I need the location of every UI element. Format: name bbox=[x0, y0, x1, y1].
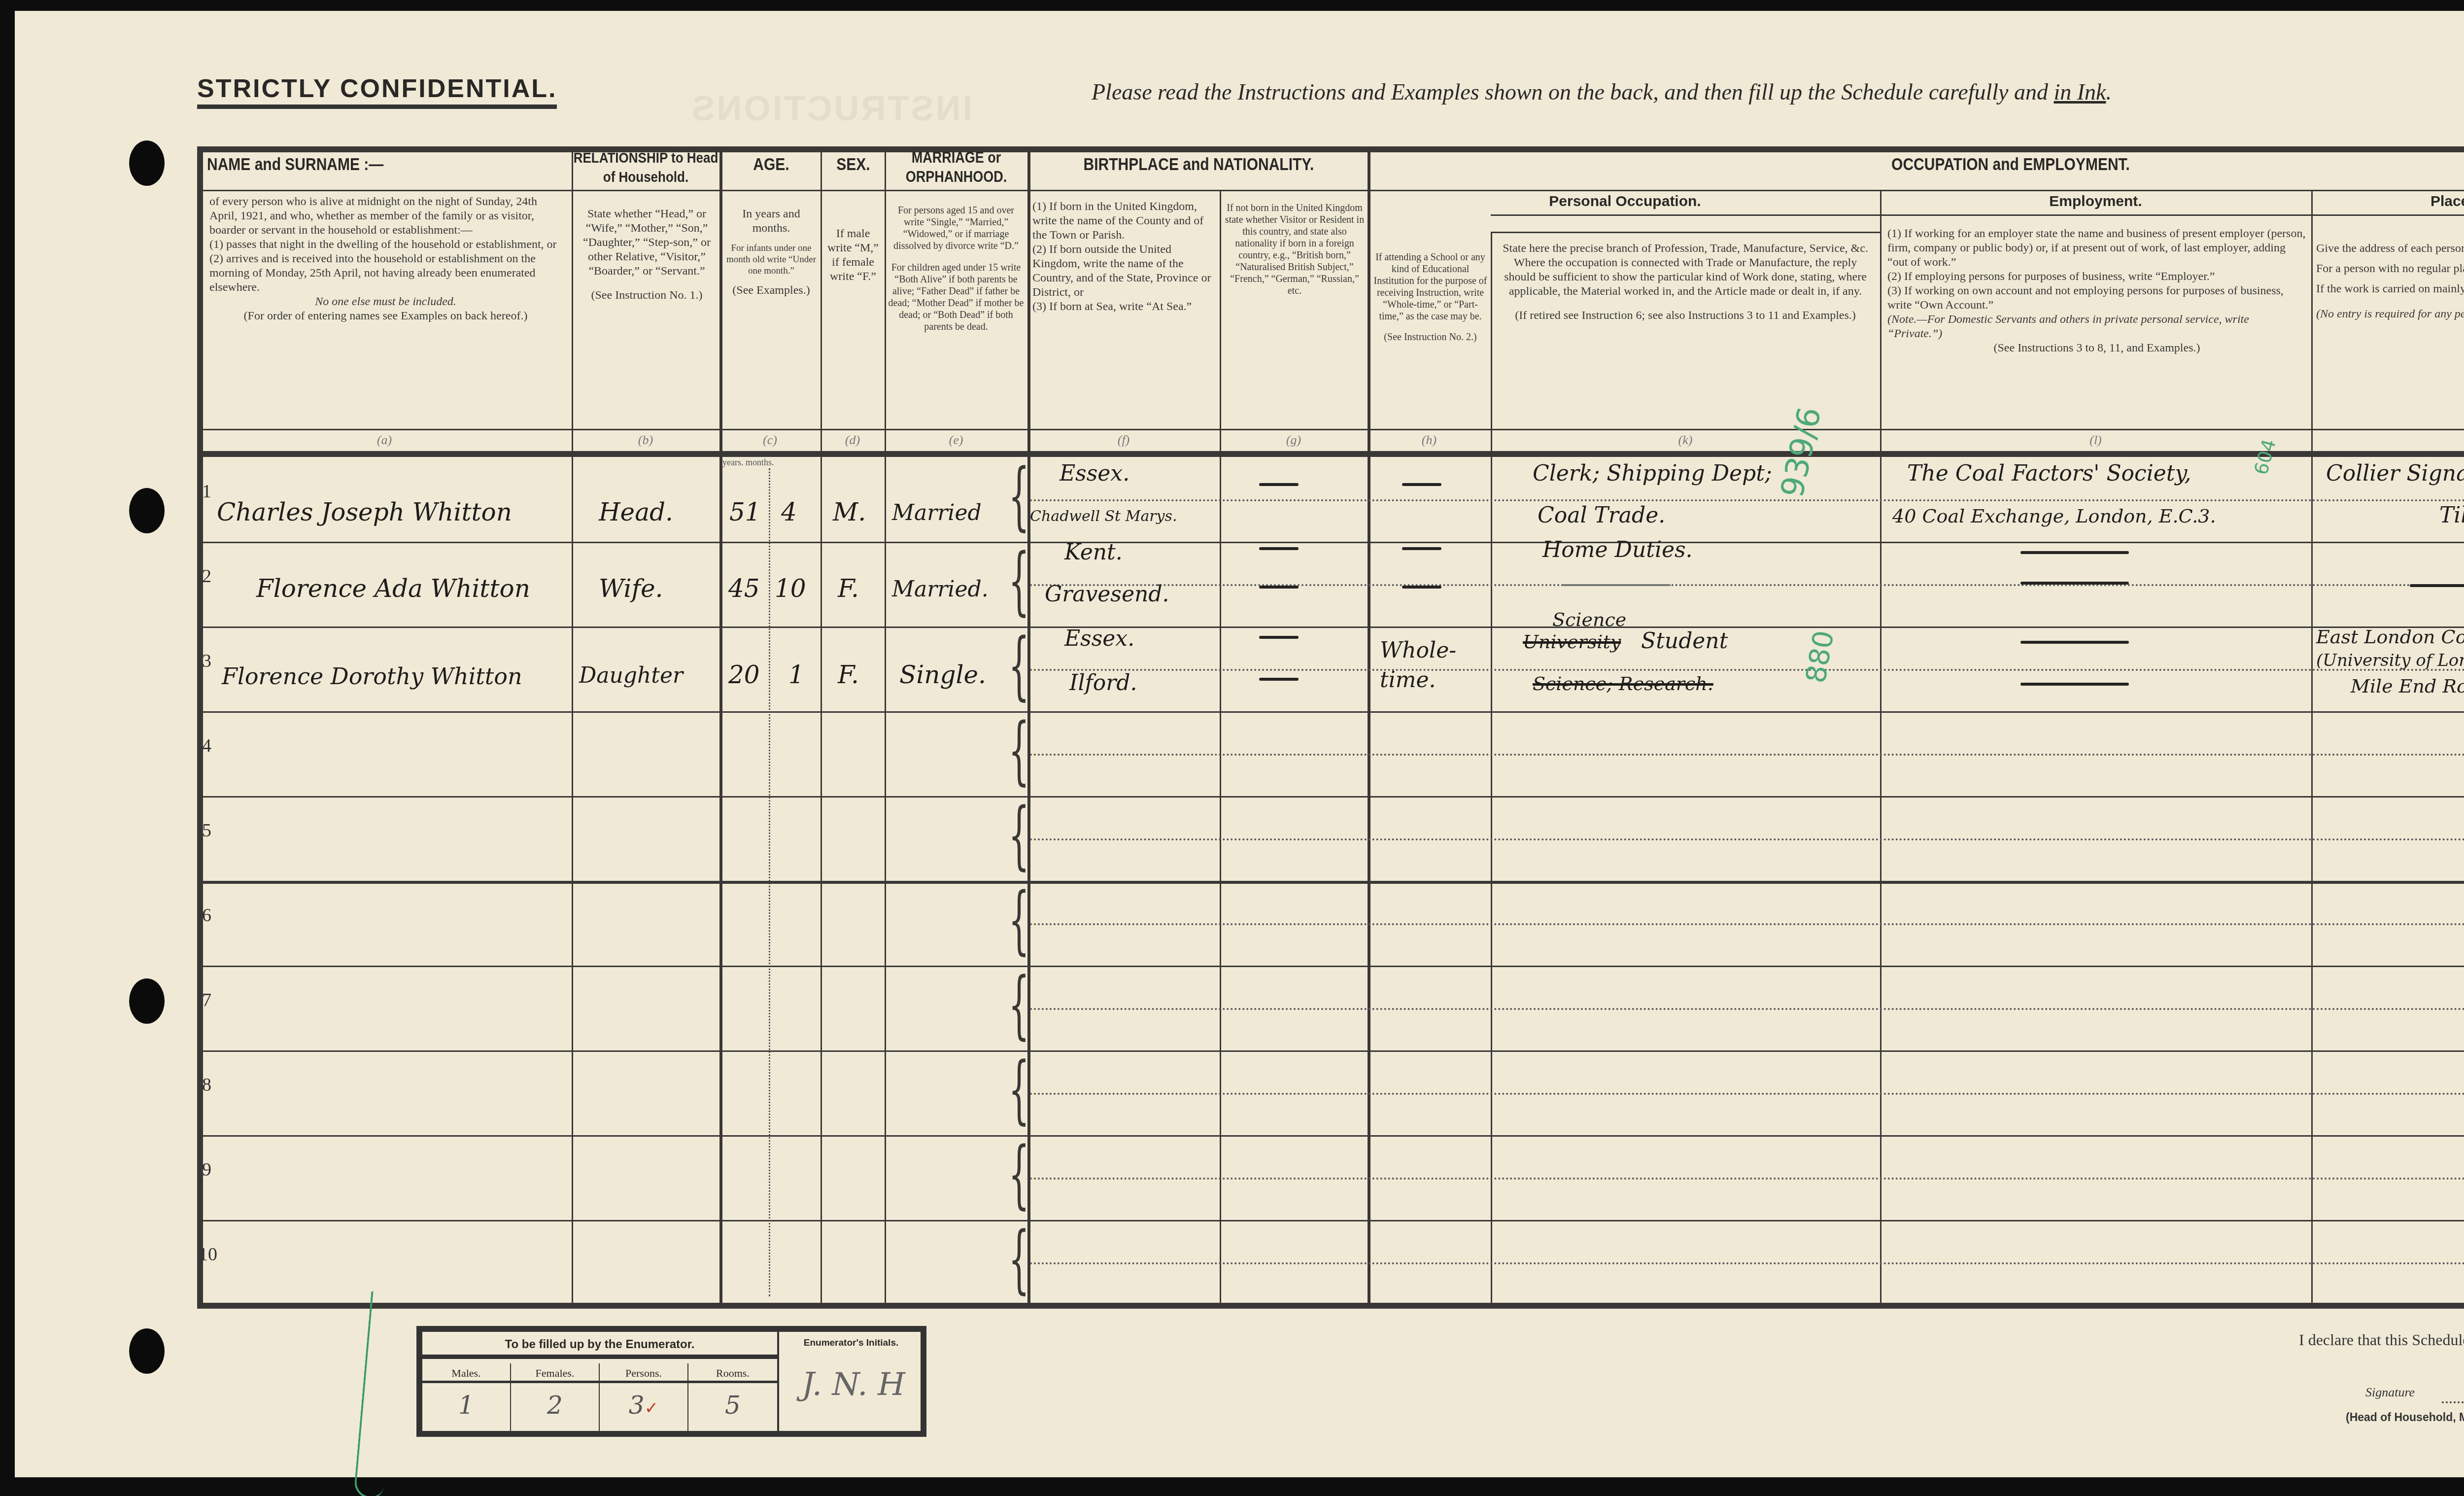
header-birthplace: BIRTHPLACE and NATIONALITY. bbox=[1030, 155, 1368, 174]
person-employer-line2[interactable]: 40 Coal Exchange, London, E.C.3. bbox=[1892, 505, 2216, 527]
person-name[interactable]: Florence Ada Whitton bbox=[256, 574, 530, 603]
persons-label: Persons. bbox=[600, 1363, 687, 1383]
instr-employment-note-2: (See Instructions 3 to 8, 11, and Exampl… bbox=[1887, 341, 2306, 355]
signature-line bbox=[2442, 1401, 2464, 1403]
instr-place-of-work: Give the address of each person's place … bbox=[2316, 242, 2464, 321]
instr-age-note: (See Examples.) bbox=[724, 283, 818, 298]
row-mid-dotted bbox=[1030, 1093, 2464, 1095]
subheader-employment: Employment. bbox=[1880, 193, 2311, 210]
person-workplace-line1[interactable]: East London College, bbox=[2316, 626, 2464, 648]
enumerator-summary-box: To be filled up by the Enumerator. Enume… bbox=[416, 1326, 926, 1437]
instr-birthplace: (1) If born in the United Kingdom, write… bbox=[1032, 200, 1217, 314]
row-separator bbox=[202, 626, 2464, 628]
instr-workplace-1: Give the address of each person's place … bbox=[2316, 242, 2464, 256]
enumerator-initials-header: Enumerator's Initials. bbox=[780, 1338, 923, 1349]
person-workplace-line1[interactable]: Collier Signal Station, bbox=[2326, 461, 2464, 486]
person-age-years[interactable]: 45 bbox=[728, 574, 760, 603]
years-label: years. bbox=[722, 457, 743, 467]
instr-occupation-note: (If retired see Instruction 6; see also … bbox=[1498, 309, 1873, 323]
schooling-dash bbox=[1402, 483, 1441, 486]
person-relationship[interactable]: Head. bbox=[599, 498, 673, 526]
row-number: 5 bbox=[202, 820, 211, 841]
red-tick: ✓ bbox=[645, 1398, 659, 1418]
nationality-dash bbox=[1259, 586, 1299, 589]
person-age-years[interactable]: 20 bbox=[728, 661, 760, 689]
instr-schooling-note: (See Instruction No. 2.) bbox=[1372, 331, 1488, 343]
row-number: 9 bbox=[202, 1159, 211, 1181]
age-years-months-label: years. months. bbox=[722, 457, 774, 468]
instr-age-text: In years and months. bbox=[724, 207, 818, 236]
col-divider-d-e bbox=[885, 146, 886, 1309]
row-number: 10 bbox=[199, 1244, 217, 1265]
strictly-confidential-heading: STRICTLY CONFIDENTIAL. bbox=[197, 74, 557, 109]
row-number: 1 bbox=[202, 481, 211, 502]
row-number: 6 bbox=[202, 905, 211, 926]
workplace-dash bbox=[2410, 584, 2464, 587]
females-label: Females. bbox=[511, 1363, 599, 1383]
col-divider-b-c bbox=[719, 146, 722, 1309]
row-brace-icon: { bbox=[1008, 883, 1029, 957]
instr-occupation-text: State here the precise branch of Profess… bbox=[1498, 242, 1873, 299]
instruction-line: Please read the Instructions and Example… bbox=[1092, 79, 2112, 105]
in-ink-text: in Ink bbox=[2053, 79, 2106, 104]
row-separator bbox=[202, 1050, 2464, 1052]
instr-name-3: No one else must be included. bbox=[209, 295, 562, 309]
instruction-period: . bbox=[2106, 79, 2112, 104]
signature-note: (Head of Household, Manager of Establish… bbox=[2346, 1411, 2464, 1424]
row-mid-dotted bbox=[1030, 1262, 2464, 1264]
row-separator bbox=[202, 796, 2464, 798]
person-age-months[interactable]: 10 bbox=[775, 574, 806, 603]
header-bottom-rule bbox=[202, 451, 2464, 457]
header-relationship: RELATIONSHIP to Head of Household. bbox=[573, 148, 719, 186]
column-letter-f: (f) bbox=[1027, 433, 1220, 448]
instr-employment-3: (3) If working on own account and not em… bbox=[1887, 284, 2306, 313]
females-value[interactable]: 2 bbox=[511, 1383, 599, 1427]
person-marriage[interactable]: Single. bbox=[899, 661, 986, 689]
column-letter-l: (l) bbox=[1880, 433, 2311, 448]
employer-dash bbox=[2020, 683, 2129, 686]
enumerator-box-header: To be filled up by the Enumerator. bbox=[422, 1332, 777, 1359]
column-letter-m: (m) bbox=[2311, 433, 2464, 448]
person-sex[interactable]: F. bbox=[838, 574, 859, 603]
row-brace-icon: { bbox=[1008, 629, 1029, 703]
schooling-dash bbox=[1402, 586, 1441, 589]
row-brace-icon: { bbox=[1008, 1138, 1029, 1212]
person-age-months[interactable]: 1 bbox=[788, 661, 804, 689]
person-name[interactable]: Charles Joseph Whitton bbox=[217, 498, 512, 526]
row-separator bbox=[202, 1220, 2464, 1221]
punch-hole-3 bbox=[129, 978, 165, 1024]
instr-age-infants: For infants under one month old write “U… bbox=[724, 243, 818, 277]
col-divider-g-h bbox=[1368, 146, 1370, 1309]
row-separator bbox=[202, 1135, 2464, 1137]
subheader-place-of-work: Place of Work. bbox=[2311, 193, 2464, 210]
row-mid-dotted bbox=[1030, 754, 2464, 756]
person-occupation-line1[interactable]: Clerk; Shipping Dept; bbox=[1533, 461, 1772, 486]
person-age-years[interactable]: 51 bbox=[729, 498, 761, 526]
employer-dash bbox=[2020, 551, 2129, 554]
person-employer-line1[interactable]: The Coal Factors' Society, bbox=[1907, 461, 2191, 486]
header-rule bbox=[1491, 232, 1880, 233]
person-workplace-line2[interactable]: Tilbury. Essex. bbox=[2439, 503, 2464, 528]
row-number: 4 bbox=[202, 735, 211, 757]
row-brace-icon: { bbox=[1008, 544, 1029, 618]
punch-hole-4 bbox=[129, 1328, 165, 1374]
row-mid-dotted bbox=[1030, 923, 2464, 925]
instr-name-column: of every person who is alive at midnight… bbox=[209, 195, 562, 323]
rooms-cell[interactable]: Rooms. 5 bbox=[688, 1363, 777, 1431]
males-value[interactable]: 1 bbox=[422, 1383, 510, 1427]
person-birth-town[interactable]: Chadwell St Marys. bbox=[1030, 508, 1177, 525]
nationality-dash bbox=[1259, 636, 1299, 639]
person-birth-county[interactable]: Essex. bbox=[1064, 626, 1134, 651]
col-divider-l-m bbox=[2311, 190, 2313, 1309]
col-divider-f-g bbox=[1220, 190, 1221, 1309]
nationality-dash bbox=[1259, 547, 1299, 550]
schooling-dash bbox=[1402, 547, 1441, 550]
nationality-dash bbox=[1259, 678, 1299, 681]
header-marriage: MARRIAGE or ORPHANHOOD. bbox=[886, 148, 1027, 186]
col-divider-a-b bbox=[572, 146, 573, 1309]
person-sex[interactable]: M. bbox=[833, 498, 866, 526]
instr-employment: (1) If working for an employer state the… bbox=[1887, 227, 2306, 355]
persons-value[interactable]: 3✓ bbox=[600, 1383, 687, 1430]
instr-marriage-adults: For persons aged 15 and over write “Sing… bbox=[887, 205, 1025, 252]
person-occupation-line1[interactable]: Home Duties. bbox=[1542, 537, 1693, 562]
person-schooling[interactable]: Whole-time. bbox=[1380, 636, 1469, 695]
header-occupation: OCCUPATION and EMPLOYMENT. bbox=[1370, 155, 2464, 174]
row-separator bbox=[202, 711, 2464, 713]
person-age-months[interactable]: 4 bbox=[781, 498, 797, 526]
instr-birthplace-2: (2) If born outside the United Kingdom, … bbox=[1032, 243, 1217, 300]
instr-relationship-text: State whether “Head,” or “Wife,” “Mother… bbox=[577, 207, 717, 278]
instr-relationship: State whether “Head,” or “Wife,” “Mother… bbox=[577, 207, 717, 303]
person-sex[interactable]: F. bbox=[838, 661, 859, 689]
row-number: 8 bbox=[202, 1074, 211, 1096]
occupation-struck-line: Science; Research. bbox=[1533, 673, 1713, 695]
instr-employment-note-1: (Note.—For Domestic Servants and others … bbox=[1887, 313, 2306, 341]
persons-cell[interactable]: Persons. 3✓ bbox=[600, 1363, 688, 1431]
row-mid-dotted bbox=[1030, 1178, 2464, 1180]
col-divider-k-l bbox=[1880, 190, 1882, 1309]
instr-birthplace-1: (1) If born in the United Kingdom, write… bbox=[1032, 200, 1217, 243]
instr-name-1: (1) passes that night in the dwelling of… bbox=[209, 238, 562, 252]
instr-workplace-3: If the work is carried on mainly at home… bbox=[2316, 282, 2464, 296]
row-number: 2 bbox=[202, 565, 211, 587]
column-letter-d: (d) bbox=[821, 433, 885, 448]
instr-employment-2: (2) If employing persons for purposes of… bbox=[1887, 270, 2306, 284]
row-brace-icon: { bbox=[1008, 1222, 1029, 1296]
person-workplace-line3[interactable]: Mile End Road. E. bbox=[2351, 675, 2464, 697]
column-letter-c: (c) bbox=[719, 433, 821, 448]
instr-age: In years and months. For infants under o… bbox=[724, 207, 818, 298]
persons-number: 3 bbox=[629, 1391, 645, 1420]
column-letter-h: (h) bbox=[1368, 433, 1491, 448]
instr-birthplace-3: (3) If born at Sea, write “At Sea.” bbox=[1032, 300, 1217, 314]
row-separator bbox=[202, 881, 2464, 884]
enumerator-box-divider bbox=[777, 1332, 779, 1431]
col-divider-c-d bbox=[821, 146, 822, 1309]
males-label: Males. bbox=[422, 1363, 510, 1383]
subheader-personal-occupation: Personal Occupation. bbox=[1370, 193, 1880, 210]
row-brace-icon: { bbox=[1008, 459, 1029, 533]
females-cell[interactable]: Females. 2 bbox=[511, 1363, 600, 1431]
col-divider-h-k bbox=[1491, 232, 1492, 1309]
instr-nationality: If not born in the United Kingdom state … bbox=[1223, 202, 1366, 297]
instr-relationship-note: (See Instruction No. 1.) bbox=[577, 288, 717, 303]
row-brace-icon: { bbox=[1008, 968, 1029, 1042]
rooms-value[interactable]: 5 bbox=[688, 1383, 777, 1427]
row-number: 7 bbox=[202, 989, 211, 1011]
signature-label: Signature bbox=[2365, 1385, 2415, 1400]
row-brace-icon: { bbox=[1008, 1053, 1029, 1127]
person-birth-town[interactable]: Ilford. bbox=[1069, 670, 1137, 696]
instr-name-intro: of every person who is alive at midnight… bbox=[209, 195, 562, 238]
header-rule bbox=[202, 190, 2464, 191]
instr-marriage: For persons aged 15 and over write “Sing… bbox=[887, 205, 1025, 333]
header-rule bbox=[1491, 214, 2464, 216]
person-marriage[interactable]: Married. bbox=[892, 577, 989, 602]
row-separator bbox=[202, 966, 2464, 967]
show-through-text: INSTRUCTIONS bbox=[690, 89, 972, 128]
header-sex: SEX. bbox=[822, 155, 885, 174]
employer-dash bbox=[2020, 641, 2129, 644]
column-letter-e: (e) bbox=[885, 433, 1027, 448]
row-mid-dotted bbox=[1030, 838, 2464, 840]
header-rule bbox=[202, 429, 2464, 430]
row-mid-dotted bbox=[1030, 669, 2464, 671]
instr-marriage-children: For children aged under 15 write “Both A… bbox=[887, 262, 1025, 333]
punch-hole-1 bbox=[129, 140, 165, 186]
nationality-dash bbox=[1259, 483, 1299, 486]
row-brace-icon: { bbox=[1008, 799, 1029, 872]
occupation-insert[interactable]: Science bbox=[1552, 609, 1626, 630]
instr-schooling: If attending a School or any kind of Edu… bbox=[1372, 251, 1488, 343]
column-letter-a: (a) bbox=[197, 433, 572, 448]
row-separator bbox=[202, 542, 2464, 543]
occupation-struck-word: University bbox=[1523, 631, 1621, 653]
instr-name-2: (2) arrives and is received into the hou… bbox=[209, 252, 562, 295]
person-workplace-line2[interactable]: (University of London) bbox=[2316, 651, 2464, 670]
person-birth-town[interactable]: Gravesend. bbox=[1045, 582, 1169, 607]
declaration-text: I declare that this Schedule is correctl… bbox=[2299, 1331, 2464, 1349]
instr-workplace-2: For a person with no regular place of wo… bbox=[2316, 262, 2464, 276]
person-name[interactable]: Florence Dorothy Whitton bbox=[222, 663, 522, 690]
person-birth-county[interactable]: Kent. bbox=[1064, 540, 1123, 565]
instr-schooling-text: If attending a School or any kind of Edu… bbox=[1372, 251, 1488, 322]
person-relationship[interactable]: Wife. bbox=[599, 574, 663, 603]
instruction-text: Please read the Instructions and Example… bbox=[1092, 79, 2053, 104]
instr-personal-occupation: State here the precise branch of Profess… bbox=[1498, 242, 1873, 323]
months-label: months. bbox=[746, 457, 774, 467]
person-occupation-line1[interactable]: Student bbox=[1641, 628, 1728, 654]
row-brace-icon: { bbox=[1008, 714, 1029, 788]
person-occupation-line2[interactable]: Coal Trade. bbox=[1538, 503, 1665, 528]
person-marriage[interactable]: Married bbox=[892, 500, 982, 525]
instr-employment-1: (1) If working for an employer state the… bbox=[1887, 227, 2306, 270]
header-age: AGE. bbox=[722, 155, 821, 174]
column-letter-b: (b) bbox=[572, 433, 719, 448]
punch-hole-2 bbox=[129, 488, 165, 533]
males-cell[interactable]: Males. 1 bbox=[422, 1363, 511, 1431]
employer-dash bbox=[2020, 582, 2129, 585]
rooms-label: Rooms. bbox=[688, 1363, 777, 1383]
row-mid-dotted bbox=[1030, 1008, 2464, 1010]
instr-sex: If male write “M,” if female write “F.” bbox=[824, 227, 882, 284]
row-mid-dotted bbox=[1030, 499, 2464, 501]
enumerator-initials-value[interactable]: J. N. H bbox=[802, 1366, 905, 1403]
person-birth-county[interactable]: Essex. bbox=[1060, 461, 1129, 486]
row-mid-dotted bbox=[1030, 584, 2464, 586]
occupation-dash bbox=[1562, 584, 1671, 586]
instr-name-4: (For order of entering names see Example… bbox=[209, 309, 562, 323]
person-relationship[interactable]: Daughter bbox=[579, 663, 683, 688]
column-letter-g: (g) bbox=[1220, 433, 1368, 448]
header-name-surname: NAME and SURNAME :— bbox=[207, 155, 404, 174]
instr-workplace-note: (No entry is required for any person who… bbox=[2316, 307, 2464, 321]
row-number: 3 bbox=[202, 650, 211, 672]
